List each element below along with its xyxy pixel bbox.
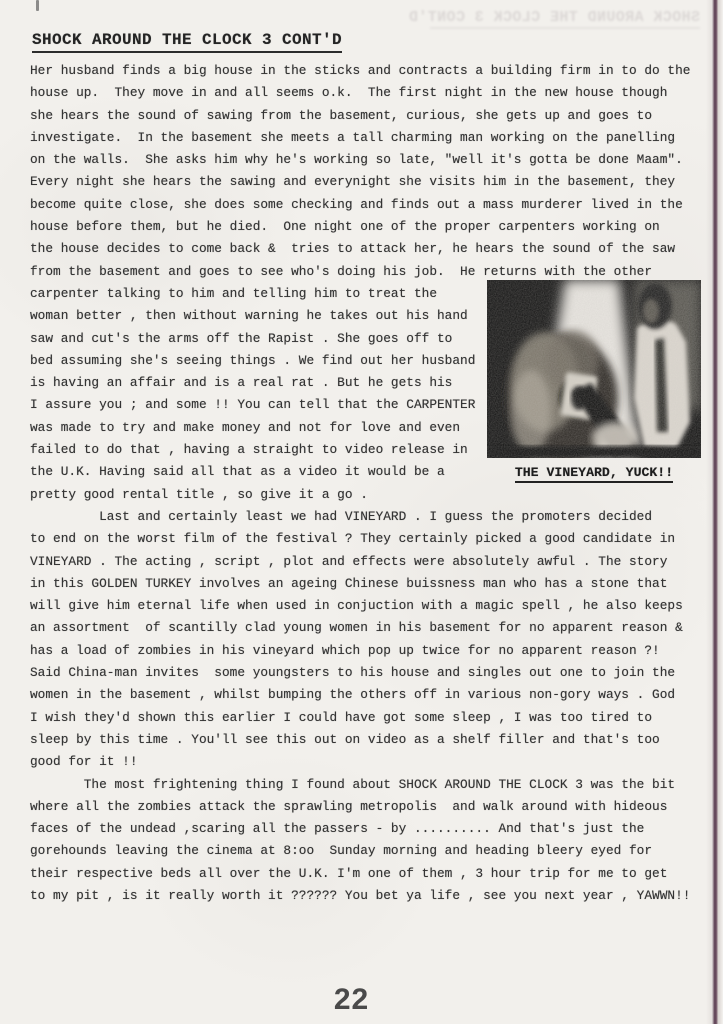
vineyard-film-still bbox=[487, 280, 701, 458]
text-line: investigate. In the basement she meets a… bbox=[30, 127, 708, 149]
text-line: where all the zombies attack the sprawli… bbox=[30, 796, 708, 818]
text-line: an assortment of scantilly clad young wo… bbox=[30, 617, 708, 639]
article-body: Her husband finds a big house in the sti… bbox=[30, 60, 708, 907]
photo-figure: THE VINEYARD, YUCK!! bbox=[487, 280, 701, 481]
text-line: pretty good rental title , so give it a … bbox=[30, 484, 708, 506]
text-line: I wish they'd shown this earlier I could… bbox=[30, 707, 708, 729]
page-title: SHOCK AROUND THE CLOCK 3 CONT'D bbox=[32, 31, 342, 53]
scan-edge bbox=[706, 0, 723, 1024]
paragraph-2: Last and certainly least we had VINEYARD… bbox=[30, 506, 708, 774]
text-line: women in the basement , whilst bumping t… bbox=[30, 684, 708, 706]
text-line: sleep by this time . You'll see this out… bbox=[30, 729, 708, 751]
text-line: The most frightening thing I found about… bbox=[30, 774, 708, 796]
bleedthrough-text: SHOCK AROUND THE CLOCK 3 CONT'D bbox=[430, 9, 700, 29]
text-line: VINEYARD . The acting , script , plot an… bbox=[30, 551, 708, 573]
paragraph-1: Her husband finds a big house in the sti… bbox=[30, 60, 708, 283]
paragraph-3: The most frightening thing I found about… bbox=[30, 774, 708, 908]
text-line: the house decides to come back & tries t… bbox=[30, 238, 708, 260]
text-line: faces of the undead ,scaring all the pas… bbox=[30, 818, 708, 840]
text-line: good for it !! bbox=[30, 751, 708, 773]
scan-mark bbox=[36, 0, 39, 11]
scanned-fanzine-page: SHOCK AROUND THE CLOCK 3 CONT'D SHOCK AR… bbox=[0, 0, 723, 1024]
photo-caption-text: THE VINEYARD, YUCK!! bbox=[515, 465, 673, 483]
text-line: gorehounds leaving the cinema at 8:oo Su… bbox=[30, 840, 708, 862]
text-line: has a load of zombies in his vineyard wh… bbox=[30, 640, 708, 662]
text-line: Said China-man invites some youngsters t… bbox=[30, 662, 708, 684]
text-line: Last and certainly least we had VINEYARD… bbox=[30, 506, 708, 528]
text-line: become quite close, she does some checki… bbox=[30, 194, 708, 216]
page-number: 22 bbox=[0, 983, 703, 1017]
text-line: in this GOLDEN TURKEY involves an ageing… bbox=[30, 573, 708, 595]
text-line: to my pit , is it really worth it ??????… bbox=[30, 885, 708, 907]
text-line: house before them, but he died. One nigh… bbox=[30, 216, 708, 238]
text-line: Her husband finds a big house in the sti… bbox=[30, 60, 708, 82]
text-line: she hears the sound of sawing from the b… bbox=[30, 105, 708, 127]
text-line: house up. They move in and all seems o.k… bbox=[30, 82, 708, 104]
photo-caption: THE VINEYARD, YUCK!! bbox=[487, 463, 701, 481]
text-line: to end on the worst film of the festival… bbox=[30, 528, 708, 550]
text-line: will give him eternal life when used in … bbox=[30, 595, 708, 617]
text-line: on the walls. She asks him why he's work… bbox=[30, 149, 708, 171]
text-line: Every night she hears the sawing and eve… bbox=[30, 171, 708, 193]
text-line: their respective beds all over the U.K. … bbox=[30, 863, 708, 885]
